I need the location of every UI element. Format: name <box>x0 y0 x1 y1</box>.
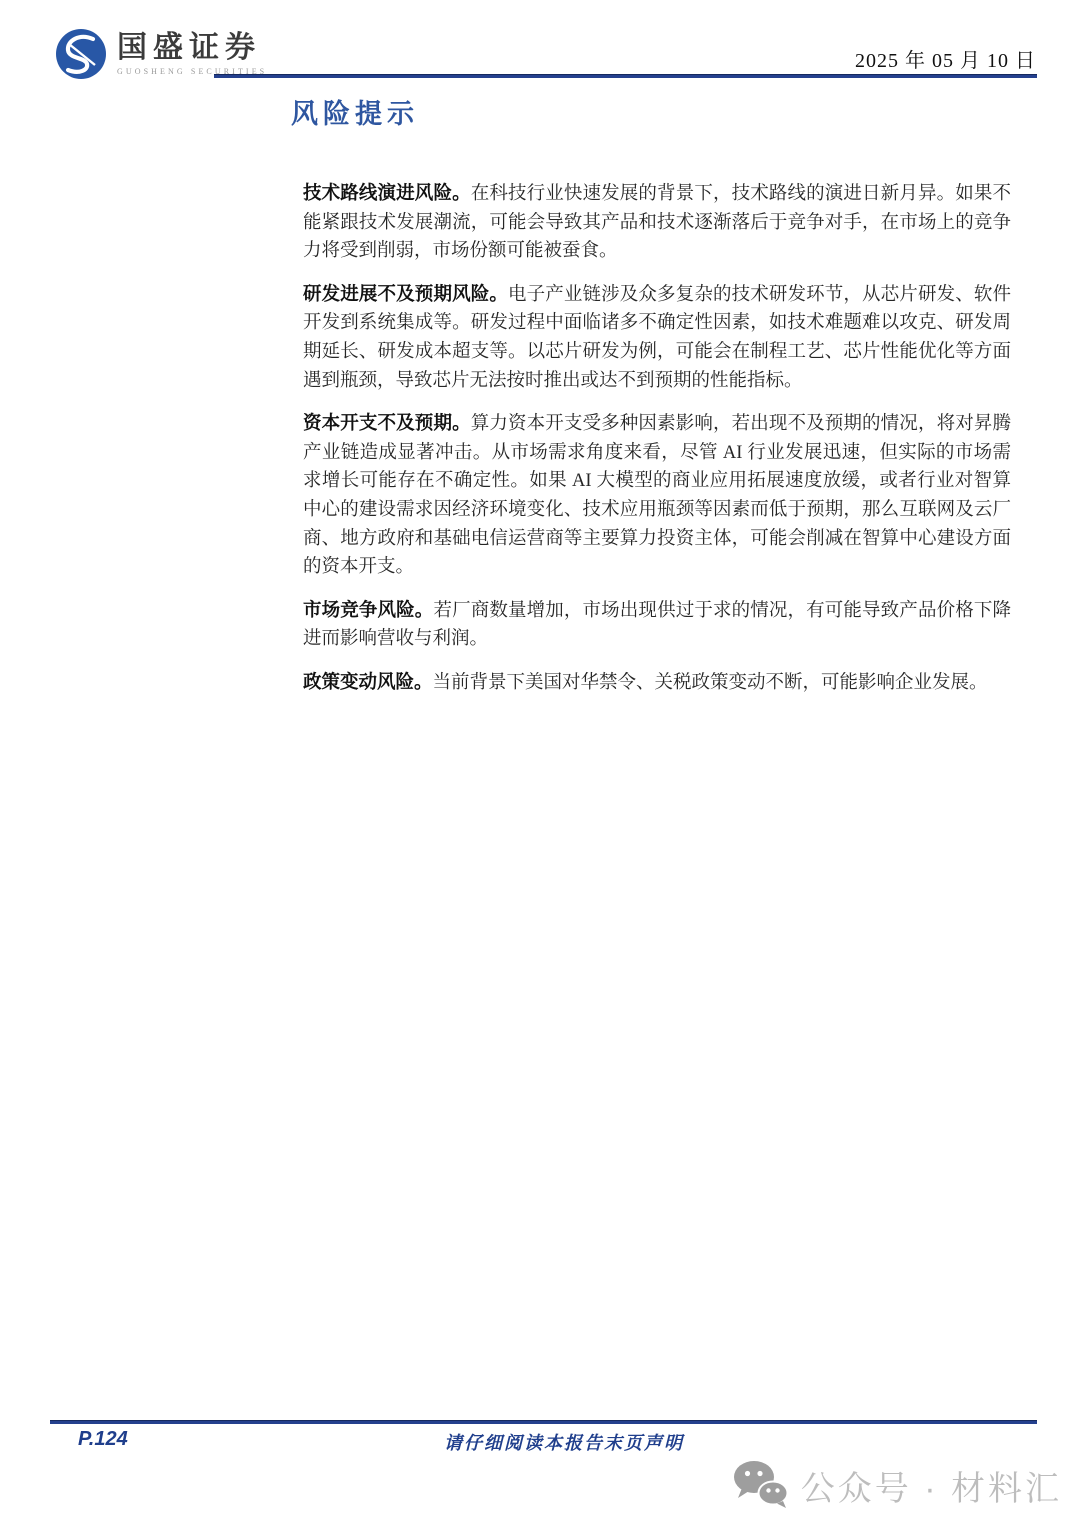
wechat-watermark: 公众号 · 材料汇 <box>733 1460 1062 1510</box>
risk-paragraph-body: 算力资本开支受多种因素影响，若出现不及预期的情况，将对昇腾产业链造成显著冲击。从… <box>303 414 1011 577</box>
brand-logo-text: 国盛证券 GUOSHENG SECURITIES <box>117 32 267 76</box>
risk-paragraph-body: 当前背景下美国对华禁令、关税政策变动不断，可能影响企业发展。 <box>433 673 988 693</box>
watermark-text: 公众号 · 材料汇 <box>801 1461 1062 1510</box>
risk-paragraph: 技术路线演进风险。在科技行业快速发展的背景下，技术路线的演进日新月异。如果不能紧… <box>303 180 1011 266</box>
risk-paragraph-lead: 研发进展不及预期风险。 <box>303 285 508 305</box>
risk-paragraph: 政策变动风险。当前背景下美国对华禁令、关税政策变动不断，可能影响企业发展。 <box>303 669 1011 698</box>
guosheng-logo-icon <box>55 28 107 80</box>
header-divider <box>214 74 1037 78</box>
risk-paragraph: 资本开支不及预期。算力资本开支受多种因素影响，若出现不及预期的情况，将对昇腾产业… <box>303 410 1011 582</box>
brand-name-cn: 国盛证券 <box>117 32 267 64</box>
footer-disclaimer: 请仔细阅读本报告末页声明 <box>214 1429 914 1455</box>
report-page: 国盛证券 GUOSHENG SECURITIES 2025 年 05 月 10 … <box>0 0 1080 1527</box>
risk-paragraphs: 技术路线演进风险。在科技行业快速发展的背景下，技术路线的演进日新月异。如果不能紧… <box>303 180 1011 713</box>
page-number: P.124 <box>78 1428 128 1451</box>
risk-paragraph: 研发进展不及预期风险。电子产业链涉及众多复杂的技术研发环节，从芯片研发、软件开发… <box>303 281 1011 395</box>
risk-paragraph-lead: 技术路线演进风险。 <box>303 184 471 204</box>
report-date: 2025 年 05 月 10 日 <box>855 44 1036 73</box>
footer-divider <box>50 1420 1037 1424</box>
risk-paragraph-lead: 市场竞争风险。 <box>303 601 433 621</box>
risk-paragraph-lead: 政策变动风险。 <box>303 673 433 693</box>
section-title: 风险提示 <box>291 92 419 131</box>
risk-paragraph: 市场竞争风险。若厂商数量增加，市场出现供过于求的情况，有可能导致产品价格下降进而… <box>303 597 1011 654</box>
risk-paragraph-lead: 资本开支不及预期。 <box>303 414 471 434</box>
wechat-icon <box>733 1460 789 1510</box>
brand-logo: 国盛证券 GUOSHENG SECURITIES <box>55 28 267 80</box>
